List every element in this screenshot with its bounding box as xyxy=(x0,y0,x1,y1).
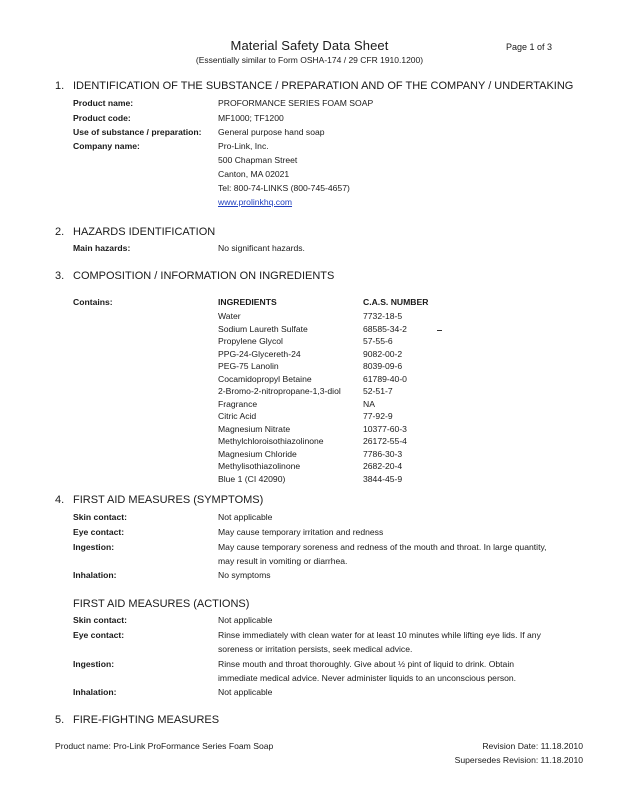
ingredient-name: Sodium Laureth Sulfate xyxy=(218,324,308,334)
ingredient-cas-number: 26172-55-4 xyxy=(363,436,407,446)
ingredient-name: Methylchloroisothiazolinone xyxy=(218,436,324,446)
section-4-heading: 4.FIRST AID MEASURES (SYMPTOMS) xyxy=(55,494,263,506)
ingredient-cas-number: 61789-40-0 xyxy=(363,374,407,384)
ingredient-cas-number: 7732-18-5 xyxy=(363,311,402,321)
first-aid-label: Inhalation: xyxy=(73,570,116,580)
stray-dash-mark xyxy=(437,330,442,331)
ingredient-cas-number: 57-55-6 xyxy=(363,336,393,346)
first-aid-text: Rinse immediately with clean water for a… xyxy=(218,630,541,640)
ingredient-cas-number: 2682-20-4 xyxy=(363,461,402,471)
first-aid-text: immediate medical advice. Never administ… xyxy=(218,673,516,683)
ingredient-name: 2-Bromo-2-nitropropane-1,3-diol xyxy=(218,386,341,396)
ingredient-name: Water xyxy=(218,311,241,321)
ingredient-name: Methylisothiazolinone xyxy=(218,461,300,471)
first-aid-label: Ingestion: xyxy=(73,659,114,669)
first-aid-label: Skin contact: xyxy=(73,512,127,522)
page-number: Page 1 of 3 xyxy=(506,42,552,52)
section-5-heading: 5.FIRE-FIGHTING MEASURES xyxy=(55,714,219,726)
first-aid-label: Inhalation: xyxy=(73,687,116,697)
first-aid-text: may result in vomiting or diarrhea. xyxy=(218,556,347,566)
ingredient-cas-number: 8039-09-6 xyxy=(363,361,402,371)
first-aid-text: soreness or irritation persists, seek me… xyxy=(218,644,412,654)
ingredient-cas-number: 10377-60-3 xyxy=(363,424,407,434)
footer-product-name: Product name: Pro-Link ProFormance Serie… xyxy=(55,741,273,751)
ingredient-name: Propylene Glycol xyxy=(218,336,283,346)
ingredients-column-header: INGREDIENTS xyxy=(218,297,277,307)
ingredient-name: PPG-24-Glycereth-24 xyxy=(218,349,301,359)
first-aid-label: Eye contact: xyxy=(73,527,124,537)
ingredient-name: Citric Acid xyxy=(218,411,256,421)
website-link[interactable]: www.prolinkhq.com xyxy=(218,197,292,207)
first-aid-text: Not applicable xyxy=(218,615,272,625)
section-1-heading: 1.IDENTIFICATION OF THE SUBSTANCE / PREP… xyxy=(55,80,573,92)
ingredient-cas-number: 9082-00-2 xyxy=(363,349,402,359)
msds-page: Material Safety Data Sheet Page 1 of 3 (… xyxy=(0,0,619,800)
ingredient-cas-number: NA xyxy=(363,399,375,409)
first-aid-label: Skin contact: xyxy=(73,615,127,625)
footer-supersedes-revision: Supersedes Revision: 11.18.2010 xyxy=(455,755,583,765)
ingredient-name: Fragrance xyxy=(218,399,257,409)
cas-column-header: C.A.S. NUMBER xyxy=(363,297,428,307)
ingredient-cas-number: 68585-34-2 xyxy=(363,324,407,334)
section-3-heading: 3.COMPOSITION / INFORMATION ON INGREDIEN… xyxy=(55,270,334,282)
section-2-heading: 2.HAZARDS IDENTIFICATION xyxy=(55,226,215,238)
first-aid-actions-heading: FIRST AID MEASURES (ACTIONS) xyxy=(73,598,249,610)
document-subtitle: (Essentially similar to Form OSHA-174 / … xyxy=(0,55,619,65)
first-aid-label: Ingestion: xyxy=(73,542,114,552)
first-aid-text: May cause temporary irritation and redne… xyxy=(218,527,383,537)
ingredient-cas-number: 3844-45-9 xyxy=(363,474,402,484)
first-aid-text: No symptoms xyxy=(218,570,271,580)
ingredient-name: Magnesium Chloride xyxy=(218,449,297,459)
ingredient-name: PEG-75 Lanolin xyxy=(218,361,279,371)
ingredient-name: Magnesium Nitrate xyxy=(218,424,290,434)
ingredient-name: Cocamidopropyl Betaine xyxy=(218,374,312,384)
ingredient-cas-number: 77-92-9 xyxy=(363,411,393,421)
ingredient-name: Blue 1 (CI 42090) xyxy=(218,474,285,484)
footer-revision-date: Revision Date: 11.18.2010 xyxy=(482,741,583,751)
first-aid-text: Rinse mouth and throat thoroughly. Give … xyxy=(218,659,514,669)
ingredient-cas-number: 7786-30-3 xyxy=(363,449,402,459)
first-aid-text: May cause temporary soreness and redness… xyxy=(218,542,547,552)
first-aid-text: Not applicable xyxy=(218,512,272,522)
first-aid-label: Eye contact: xyxy=(73,630,124,640)
ingredient-cas-number: 52-51-7 xyxy=(363,386,393,396)
first-aid-text: Not applicable xyxy=(218,687,272,697)
